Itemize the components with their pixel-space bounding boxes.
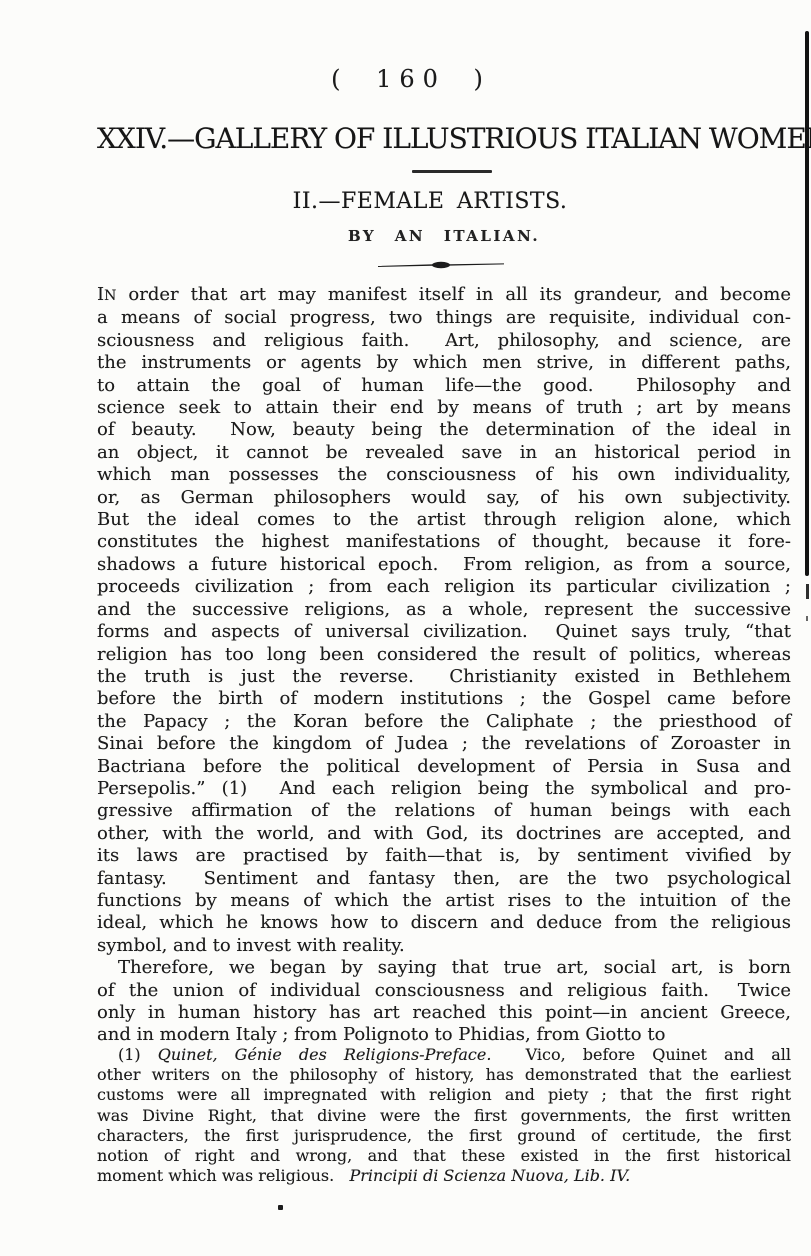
text-line: other, with the world, and with God, its… — [97, 823, 791, 845]
text-line: symbol, and to invest with reality. — [97, 935, 791, 957]
text-line: But the ideal comes to the artist throug… — [97, 509, 791, 531]
text-line: or, as German philosophers would say, of… — [97, 487, 791, 509]
text-line: characters, the first jurisprudence, the… — [97, 1126, 791, 1146]
page-number: ( 160 ) — [64, 64, 758, 94]
text-line: of beauty. Now, beauty being the determi… — [97, 419, 791, 441]
text-line: ideal, which he knows how to discern and… — [97, 912, 791, 934]
scan-edge-artifact — [805, 31, 809, 576]
text-line: its laws are practised by faith—that is,… — [97, 845, 791, 867]
text-line: the Papacy ; the Koran before the Caliph… — [97, 711, 791, 733]
body-text: IN order that art may manifest itself in… — [97, 284, 791, 1047]
text-line: a means of social progress, two things a… — [97, 307, 791, 329]
text-line: Therefore, we began by saying that true … — [97, 957, 791, 979]
text-line: IN order that art may manifest itself in… — [97, 284, 791, 307]
text-line: customs were all impregnated with religi… — [97, 1085, 791, 1105]
text-line: religion has too long been considered th… — [97, 644, 791, 666]
text-line: notion of right and wrong, and that thes… — [97, 1146, 791, 1166]
scanned-page: ( 160 ) XXIV.—GALLERY OF ILLUSTRIOUS ITA… — [0, 0, 811, 1256]
text-line: which man possesses the consciousness of… — [97, 464, 791, 486]
scan-edge-artifact — [806, 616, 808, 621]
text-line: moment which was religious. Principii di… — [97, 1166, 791, 1186]
text-line: Sinai before the kingdom of Judea ; the … — [97, 733, 791, 755]
text-line: constitutes the highest manifestations o… — [97, 531, 791, 553]
text-line: and the successive religions, as a whole… — [97, 599, 791, 621]
text-line: Bactriana before the political developme… — [97, 756, 791, 778]
byline: BY AN ITALIAN. — [97, 226, 791, 246]
section-subtitle: II.—FEMALE ARTISTS. — [83, 188, 777, 216]
article-title: XXIV.—GALLERY OF ILLUSTRIOUS ITALIAN WOM… — [97, 122, 791, 156]
text-line: fantasy. Sentiment and fantasy then, are… — [97, 868, 791, 890]
text-line: sciousness and religious faith. Art, phi… — [97, 330, 791, 352]
text-line: Persepolis.” (1) And each religion being… — [97, 778, 791, 800]
title-rule — [412, 170, 492, 173]
text-line: the instruments or agents by which men s… — [97, 352, 791, 374]
text-line: was Divine Right, that divine were the f… — [97, 1106, 791, 1126]
text-line: of the union of individual consciousness… — [97, 980, 791, 1002]
text-line: before the birth of modern institutions … — [97, 688, 791, 710]
text-line: an object, it cannot be revealed save in… — [97, 442, 791, 464]
text-line: the truth is just the reverse. Christian… — [97, 666, 791, 688]
text-line: (1) Quinet, Génie des Religions-Preface.… — [97, 1045, 791, 1065]
text-line: and in modern Italy ; from Polignoto to … — [97, 1024, 791, 1046]
text-line: functions by means of which the artist r… — [97, 890, 791, 912]
text-line: to attain the goal of human life—the goo… — [97, 375, 791, 397]
text-line: science seek to attain their end by mean… — [97, 397, 791, 419]
text-line: gressive affirmation of the relations of… — [97, 800, 791, 822]
text-line: forms and aspects of universal civilizat… — [97, 621, 791, 643]
ornamental-divider-icon — [97, 257, 791, 276]
text-line: shadows a future historical epoch. From … — [97, 554, 791, 576]
scan-edge-artifact — [806, 584, 809, 599]
text-line: other writers on the philosophy of histo… — [97, 1065, 791, 1085]
text-line: proceeds civilization ; from each religi… — [97, 576, 791, 598]
paragraph: Therefore, we began by saying that true … — [97, 957, 791, 1047]
paragraph: IN order that art may manifest itself in… — [97, 284, 791, 957]
scan-speck — [278, 1205, 283, 1210]
footnote: (1) Quinet, Génie des Religions-Preface.… — [97, 1045, 791, 1186]
text-line: only in human history has art reached th… — [97, 1002, 791, 1024]
